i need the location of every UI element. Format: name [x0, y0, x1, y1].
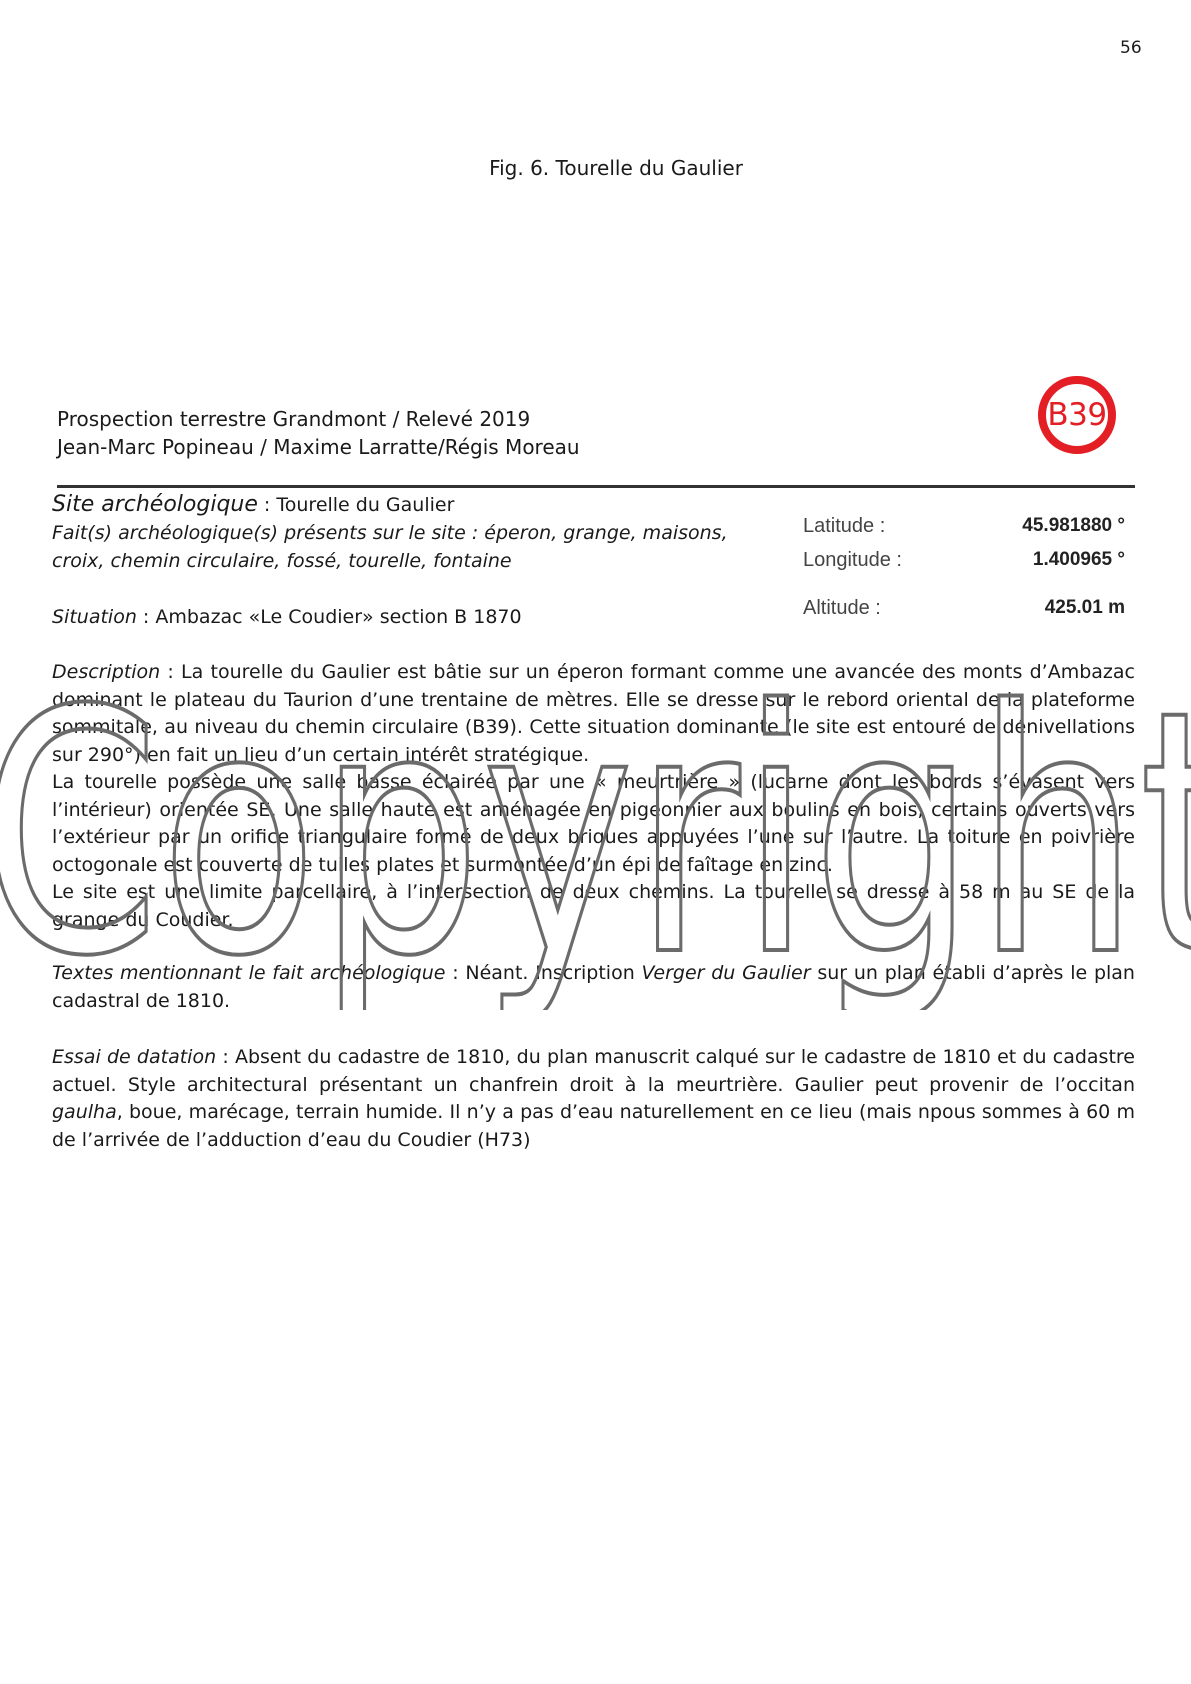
- header-line-project: Prospection terrestre Grandmont / Relevé…: [57, 405, 580, 433]
- texts-paragraph: Textes mentionnant le fait archéologique…: [52, 960, 1135, 1015]
- site-code: B39: [1047, 397, 1106, 433]
- dating-italic: gaulha: [52, 1101, 117, 1123]
- page-number: 56: [1120, 38, 1142, 58]
- header-line-authors: Jean-Marc Popineau / Maxime Larratte/Rég…: [57, 433, 580, 461]
- texts-section: Textes mentionnant le fait archéologique…: [52, 960, 1135, 1015]
- longitude-value: 1.400965 °: [1033, 549, 1133, 571]
- site-sep: :: [258, 494, 276, 516]
- latitude-row: Latitude :45.981880 °: [803, 509, 1133, 543]
- dating-paragraph: Essai de datation : Absent du cadastre d…: [52, 1044, 1135, 1154]
- site-code-badge: B39: [1038, 376, 1116, 454]
- dating-part2: , boue, marécage, terrain humide. Il n’y…: [52, 1101, 1135, 1151]
- description-section: Description : La tourelle du Gaulier est…: [52, 659, 1135, 934]
- site-facts: Fait(s) archéologique(s) présents sur le…: [52, 519, 752, 575]
- site-name: Tourelle du Gaulier: [276, 494, 454, 516]
- dating-section: Essai de datation : Absent du cadastre d…: [52, 1044, 1135, 1154]
- longitude-row: Longitude :1.400965 °: [803, 543, 1133, 577]
- dating-label: Essai de datation: [52, 1046, 216, 1068]
- altitude-value: 425.01 m: [1045, 597, 1133, 619]
- situation-label: Situation: [52, 606, 137, 628]
- description-label: Description: [52, 661, 160, 683]
- texts-italic: Verger du Gaulier: [642, 962, 811, 984]
- description-p3: Le site est une limite parcellaire, à l’…: [52, 879, 1135, 934]
- header-divider: [57, 485, 1135, 488]
- longitude-label: Longitude :: [803, 549, 902, 572]
- texts-label: Textes mentionnant le fait archéologique: [52, 962, 445, 984]
- description-p1: Description : La tourelle du Gaulier est…: [52, 659, 1135, 769]
- description-p2: La tourelle possède une salle basse écla…: [52, 769, 1135, 879]
- site-info: Site archéologique : Tourelle du Gaulier…: [52, 491, 772, 631]
- header-credits: Prospection terrestre Grandmont / Relevé…: [57, 405, 580, 461]
- altitude-row: Altitude :425.01 m: [803, 591, 1133, 625]
- site-label: Site archéologique: [52, 492, 258, 517]
- figure-caption: Fig. 6. Tourelle du Gaulier: [0, 156, 1191, 180]
- latitude-label: Latitude :: [803, 515, 885, 538]
- site-title-line: Site archéologique : Tourelle du Gaulier: [52, 491, 772, 519]
- description-text-1: : La tourelle du Gaulier est bâtie sur u…: [52, 661, 1135, 766]
- texts-part1: : Néant. Inscription: [445, 962, 641, 984]
- latitude-value: 45.981880 °: [1022, 515, 1133, 537]
- situation-value: : Ambazac «Le Coudier» section B 1870: [137, 606, 522, 628]
- coordinates-panel: Latitude :45.981880 ° Longitude :1.40096…: [803, 509, 1133, 625]
- situation-line: Situation : Ambazac «Le Coudier» section…: [52, 603, 772, 631]
- altitude-label: Altitude :: [803, 597, 881, 620]
